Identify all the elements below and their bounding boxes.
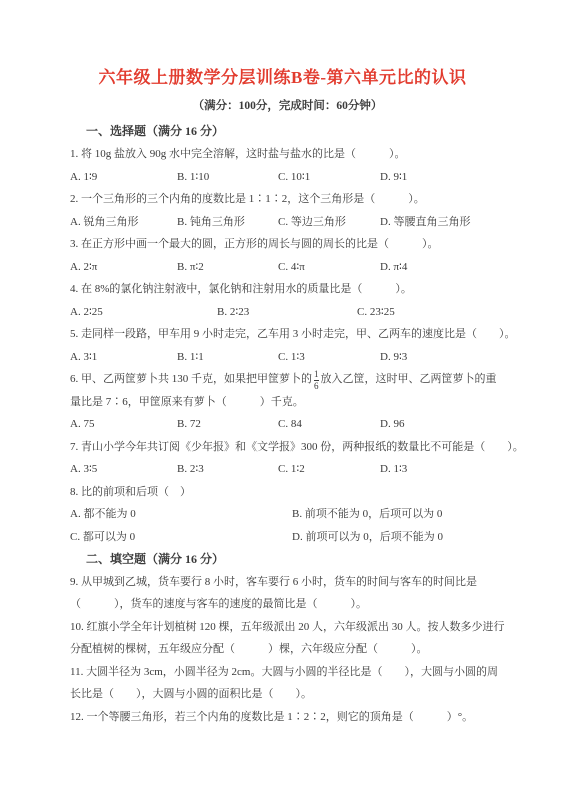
question-5-text: 5. 走同样一段路，甲车用 9 小时走完，乙车用 3 小时走完，甲、乙两车的速度… <box>70 323 505 346</box>
question-10-line2: 分配植树的棵树，五年级应分配（ ）棵，六年级应分配（ ）。 <box>70 638 505 661</box>
question-9-line2: （ ），货车的速度与客车的速度的最简比是（ ）。 <box>70 593 505 616</box>
option: C. 10∶1 <box>278 166 380 189</box>
option: A. 3∶5 <box>70 458 177 481</box>
option: D. 等腰直角三角形 <box>380 211 470 234</box>
section-heading-choice: 一、选择题（满分 16 分） <box>70 122 505 140</box>
worksheet-page: 六年级上册数学分层训练B卷-第六单元比的认识 （满分：100分，完成时间：60分… <box>0 0 565 800</box>
question-5-options: A. 3∶1 B. 1∶1 C. 1∶3 D. 9∶3 <box>70 346 505 369</box>
option: B. 1∶1 <box>177 346 278 369</box>
fraction-numerator: 1 <box>314 370 319 380</box>
option: B. 前项不能为 0，后项可以为 0 <box>292 503 442 526</box>
option: A. 锐角三角形 <box>70 211 177 234</box>
option: B. 72 <box>177 413 278 436</box>
option: A. 1∶9 <box>70 166 177 189</box>
question-2-text: 2. 一个三角形的三个内角的度数比是 1∶1∶2，这个三角形是（ ）。 <box>70 188 505 211</box>
question-4-options: A. 2∶25 B. 2∶23 C. 23∶25 <box>70 301 505 324</box>
question-11-line1: 11. 大圆半径为 3cm，小圆半径为 2cm。大圆与小圆的半径比是（ ），大圆… <box>70 661 505 684</box>
question-8-options-row2: C. 都可以为 0 D. 前项可以为 0，后项不能为 0 <box>70 526 505 549</box>
question-6-text-post: 放入乙筐，这时甲、乙两筐萝卜的重 <box>321 373 497 385</box>
question-6-line2: 量比是 7∶6，甲筐原来有萝卜（ ）千克。 <box>70 391 505 414</box>
question-8-options-row1: A. 都不能为 0 B. 前项不能为 0，后项可以为 0 <box>70 503 505 526</box>
question-7-options: A. 3∶5 B. 2∶3 C. 1∶2 D. 1∶3 <box>70 458 505 481</box>
question-3-options: A. 2∶π B. π∶2 C. 4∶π D. π∶4 <box>70 256 505 279</box>
option: D. 1∶3 <box>380 458 407 481</box>
page-subtitle: （满分：100分，完成时间：60分钟） <box>70 97 505 115</box>
option: A. 3∶1 <box>70 346 177 369</box>
question-1-options: A. 1∶9 B. 1∶10 C. 10∶1 D. 9∶1 <box>70 166 505 189</box>
question-2-options: A. 锐角三角形 B. 钝角三角形 C. 等边三角形 D. 等腰直角三角形 <box>70 211 505 234</box>
question-12-text: 12. 一个等腰三角形，若三个内角的度数比是 1∶2∶2，则它的顶角是（ ）°。 <box>70 706 505 729</box>
option: C. 1∶2 <box>278 458 380 481</box>
option: A. 75 <box>70 413 177 436</box>
fraction-one-sixth: 16 <box>314 370 319 391</box>
option: C. 84 <box>278 413 380 436</box>
option: B. π∶2 <box>177 256 278 279</box>
question-6-text-pre: 6. 甲、乙两筐萝卜共 130 千克，如果把甲筐萝卜的 <box>70 373 312 385</box>
option: B. 2∶23 <box>217 301 357 324</box>
question-10-line1: 10. 红旗小学全年计划植树 120 棵，五年级派出 20 人，六年级派出 30… <box>70 616 505 639</box>
question-6-line1: 6. 甲、乙两筐萝卜共 130 千克，如果把甲筐萝卜的16放入乙筐，这时甲、乙两… <box>70 368 505 391</box>
option: C. 23∶25 <box>357 301 395 324</box>
option: A. 2∶π <box>70 256 177 279</box>
question-11-line2: 长比是（ ），大圆与小圆的面积比是（ ）。 <box>70 683 505 706</box>
option: D. 96 <box>380 413 404 436</box>
section-heading-fill: 二、填空题（满分 16 分） <box>70 548 505 571</box>
option: D. 9∶3 <box>380 346 407 369</box>
option: A. 都不能为 0 <box>70 503 292 526</box>
question-6-options: A. 75 B. 72 C. 84 D. 96 <box>70 413 505 436</box>
question-3-text: 3. 在正方形中画一个最大的圆，正方形的周长与圆的周长的比是（ ）。 <box>70 233 505 256</box>
option: C. 4∶π <box>278 256 380 279</box>
option: B. 1∶10 <box>177 166 278 189</box>
option: C. 等边三角形 <box>278 211 380 234</box>
question-4-text: 4. 在 8%的氯化钠注射液中，氯化钠和注射用水的质量比是（ ）。 <box>70 278 505 301</box>
question-1-text: 1. 将 10g 盐放入 90g 水中完全溶解，这时盐与盐水的比是（ ）。 <box>70 143 505 166</box>
option: D. 9∶1 <box>380 166 407 189</box>
option: A. 2∶25 <box>70 301 217 324</box>
option: B. 钝角三角形 <box>177 211 278 234</box>
option: C. 1∶3 <box>278 346 380 369</box>
option: D. 前项可以为 0，后项不能为 0 <box>292 526 443 549</box>
page-title: 六年级上册数学分层训练B卷-第六单元比的认识 <box>60 66 505 90</box>
question-8-text: 8. 比的前项和后项（ ） <box>70 481 505 504</box>
option: B. 2∶3 <box>177 458 278 481</box>
question-9-line1: 9. 从甲城到乙城，货车要行 8 小时，客车要行 6 小时，货车的时间与客车的时… <box>70 571 505 594</box>
document-body: 1. 将 10g 盐放入 90g 水中完全溶解，这时盐与盐水的比是（ ）。 A.… <box>70 143 505 728</box>
question-7-text: 7. 青山小学今年共订阅《少年报》和《文学报》300 份，两种报纸的数量比不可能… <box>70 436 505 459</box>
option: C. 都可以为 0 <box>70 526 292 549</box>
fraction-denominator: 6 <box>314 380 319 391</box>
option: D. π∶4 <box>380 256 407 279</box>
